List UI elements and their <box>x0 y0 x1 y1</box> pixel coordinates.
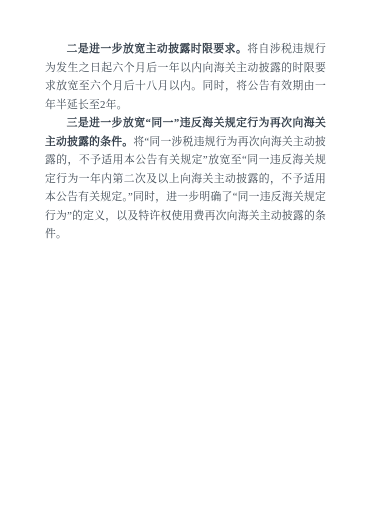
paragraph-body: 将“同一涉税违规行为再次向海关主动披露的，不予适用本公告有关规定”放宽至“同一违… <box>45 136 326 241</box>
paragraph: 三是进一步放宽“同一”违反海关规定行为再次向海关主动披露的条件。将“同一涉税违规… <box>45 114 326 244</box>
paragraph: 二是进一步放宽主动披露时限要求。将自涉税违规行为发生之日起六个月后一年以内向海关… <box>45 40 326 114</box>
document-page: 二是进一步放宽主动披露时限要求。将自涉税违规行为发生之日起六个月后一年以内向海关… <box>0 0 368 520</box>
paragraph-lead: 二是进一步放宽主动披露时限要求。 <box>67 43 248 55</box>
